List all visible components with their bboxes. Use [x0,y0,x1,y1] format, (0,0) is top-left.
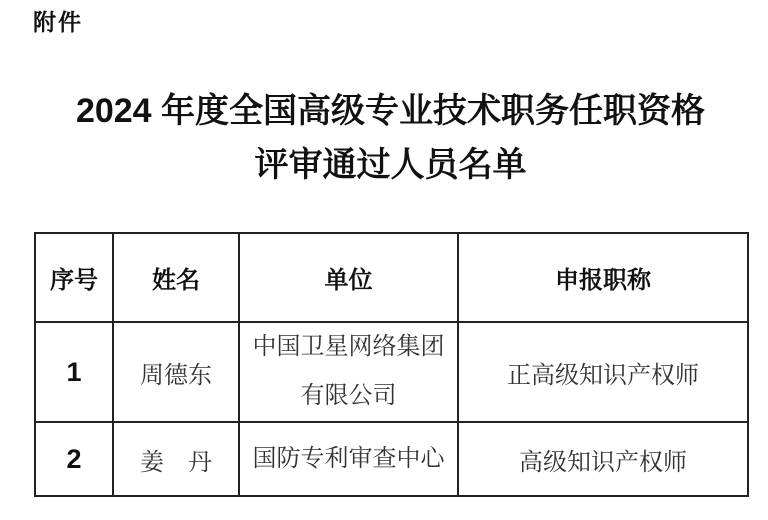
document-page: 附件 2024 年度全国高级专业技术职务任职资格 评审通过人员名单 序号 姓名 … [0,0,768,520]
table-header-row: 序号 姓名 单位 申报职称 [35,233,748,322]
table-row: 2 姜 丹 国防专利审查中心 高级知识产权师 [35,422,748,496]
serial-cell: 1 [35,322,113,422]
declared-title-cell: 正高级知识产权师 [458,322,748,422]
header-declared-title: 申报职称 [458,233,748,322]
unit-line: 有限公司 [240,372,457,421]
name-cell: 姜 丹 [113,422,239,496]
unit-cell: 中国卫星网络集团 有限公司 [239,322,458,422]
document-title-line1: 2024 年度全国高级专业技术职务任职资格 [34,84,747,138]
header-name: 姓名 [113,233,239,322]
document-title: 2024 年度全国高级专业技术职务任职资格 评审通过人员名单 [34,84,747,192]
header-unit: 单位 [239,233,458,322]
declared-title-cell: 高级知识产权师 [458,422,748,496]
serial-cell: 2 [35,422,113,496]
document-title-line2: 评审通过人员名单 [34,138,747,192]
roster-table: 序号 姓名 单位 申报职称 1 周德东 中国卫星网络集团 有限公司 正高级知识产… [34,232,749,497]
header-serial: 序号 [35,233,113,322]
unit-line: 中国卫星网络集团 [240,323,457,372]
name-cell: 周德东 [113,322,239,422]
unit-line: 国防专利审查中心 [240,435,457,484]
unit-cell: 国防专利审查中心 [239,422,458,496]
table-row: 1 周德东 中国卫星网络集团 有限公司 正高级知识产权师 [35,322,748,422]
attachment-label: 附件 [33,4,83,37]
